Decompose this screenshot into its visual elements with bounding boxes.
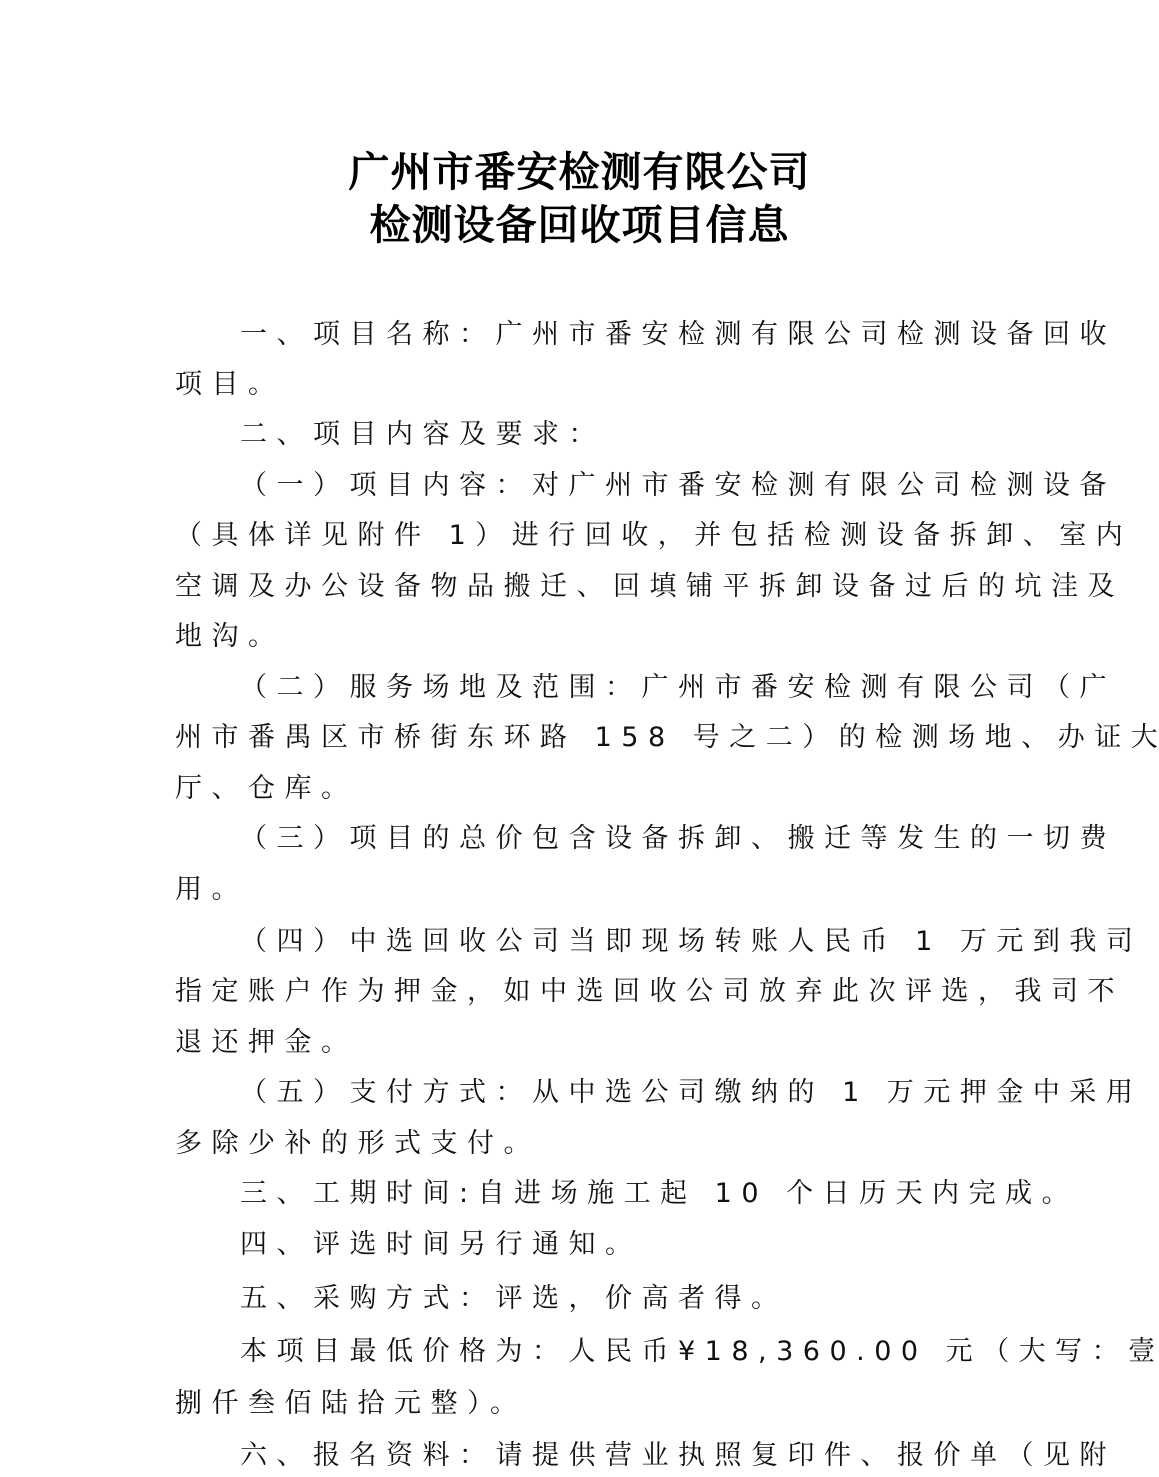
- item-5-payment-method: （五）支付方式：从中选公司缴纳的 1 万元押金中采用: [240, 1075, 985, 1111]
- section-4-selection-time: 四、评选时间另行通知。: [240, 1227, 985, 1263]
- item-1-project-content-cont: （具体详见附件 1）进行回收，并包括检测设备拆卸、室内: [175, 518, 985, 554]
- item-1-project-content: （一）项目内容：对广州市番安检测有限公司检测设备: [240, 468, 985, 504]
- minimum-price: 本项目最低价格为：人民币¥18,360.00 元（大写：壹万: [240, 1334, 985, 1370]
- item-2-service-location-cont: 厅、仓库。: [175, 771, 985, 807]
- section-5-procurement-method: 五、采购方式：评选，价高者得。: [240, 1281, 985, 1317]
- document-title-line-1: 广州市番安检测有限公司: [0, 148, 1159, 196]
- section-2-heading: 二、项目内容及要求：: [240, 417, 985, 453]
- section-3-duration: 三、工期时间:自进场施工起 10 个日历天内完成。: [240, 1176, 985, 1212]
- item-2-service-location-cont: 州市番禺区市桥街东环路 158 号之二）的检测场地、办证大: [175, 720, 985, 756]
- document-page: 广州市番安检测有限公司 检测设备回收项目信息 一、项目名称：广州市番安检测有限公…: [0, 0, 1159, 1477]
- minimum-price-cont: 捌仟叁佰陆拾元整）。: [175, 1386, 985, 1422]
- item-1-project-content-cont: 地沟。: [175, 619, 985, 655]
- document-title-line-2: 检测设备回收项目信息: [0, 201, 1159, 249]
- item-5-payment-method-cont: 多除少补的形式支付。: [175, 1126, 985, 1162]
- item-3-total-price-cont: 用。: [175, 872, 985, 908]
- item-4-deposit-cont: 退还押金。: [175, 1025, 985, 1061]
- item-1-project-content-cont: 空调及办公设备物品搬迁、回填铺平拆卸设备过后的坑洼及: [175, 569, 985, 605]
- item-3-total-price: （三）项目的总价包含设备拆卸、搬迁等发生的一切费: [240, 821, 985, 857]
- item-4-deposit-cont: 指定账户作为押金，如中选回收公司放弃此次评选，我司不: [175, 974, 985, 1010]
- section-6-registration-materials: 六、报名资料：请提供营业执照复印件、报价单（见附: [240, 1438, 985, 1474]
- section-1-project-name-cont: 项目。: [175, 367, 985, 403]
- section-1-project-name: 一、项目名称：广州市番安检测有限公司检测设备回收: [240, 317, 985, 353]
- item-4-deposit: （四）中选回收公司当即现场转账人民币 1 万元到我司: [240, 924, 985, 960]
- item-2-service-location: （二）服务场地及范围：广州市番安检测有限公司（广: [240, 670, 985, 706]
